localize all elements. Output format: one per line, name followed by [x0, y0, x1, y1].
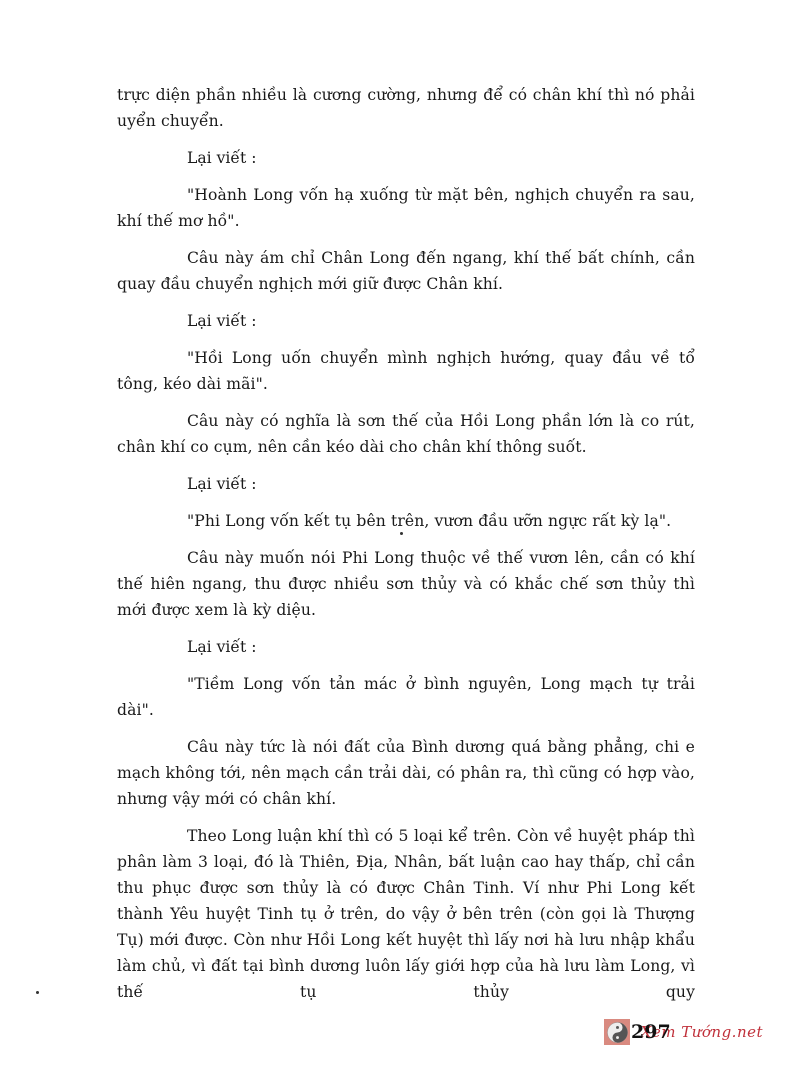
yin-yang-icon [604, 1019, 630, 1045]
page-number: 297 [631, 1021, 671, 1043]
scan-speck [36, 991, 39, 994]
paragraph: trực diện phần nhiều là cương cường, như… [117, 82, 695, 134]
paragraph: Câu này ám chỉ Chân Long đến ngang, khí … [117, 245, 695, 297]
section-label: Lại viết : [187, 145, 695, 171]
page-footer: 297 Xem Tướng.net [604, 1016, 763, 1048]
paragraph: Câu này tức là nói đất của Bình dương qu… [117, 734, 695, 812]
book-page: trực diện phần nhiều là cương cường, như… [117, 82, 695, 1016]
paragraph: Theo Long luận khí thì có 5 loại kể trên… [117, 823, 695, 1005]
section-label: Lại viết : [187, 471, 695, 497]
quote-paragraph: "Phi Long vốn kết tụ bên trên, vươn đầu … [117, 508, 695, 534]
paragraph: Câu này muốn nói Phi Long thuộc về thế v… [117, 545, 695, 623]
quote-paragraph: "Hồi Long uốn chuyển mình nghịch hướng, … [117, 345, 695, 397]
section-label: Lại viết : [187, 634, 695, 660]
paragraph: Câu này có nghĩa là sơn thế của Hồi Long… [117, 408, 695, 460]
section-label: Lại viết : [187, 308, 695, 334]
scan-speck [400, 532, 403, 535]
quote-paragraph: "Tiềm Long vốn tản mác ở bình nguyên, Lo… [117, 671, 695, 723]
quote-paragraph: "Hoành Long vốn hạ xuống từ mặt bên, ngh… [117, 182, 695, 234]
